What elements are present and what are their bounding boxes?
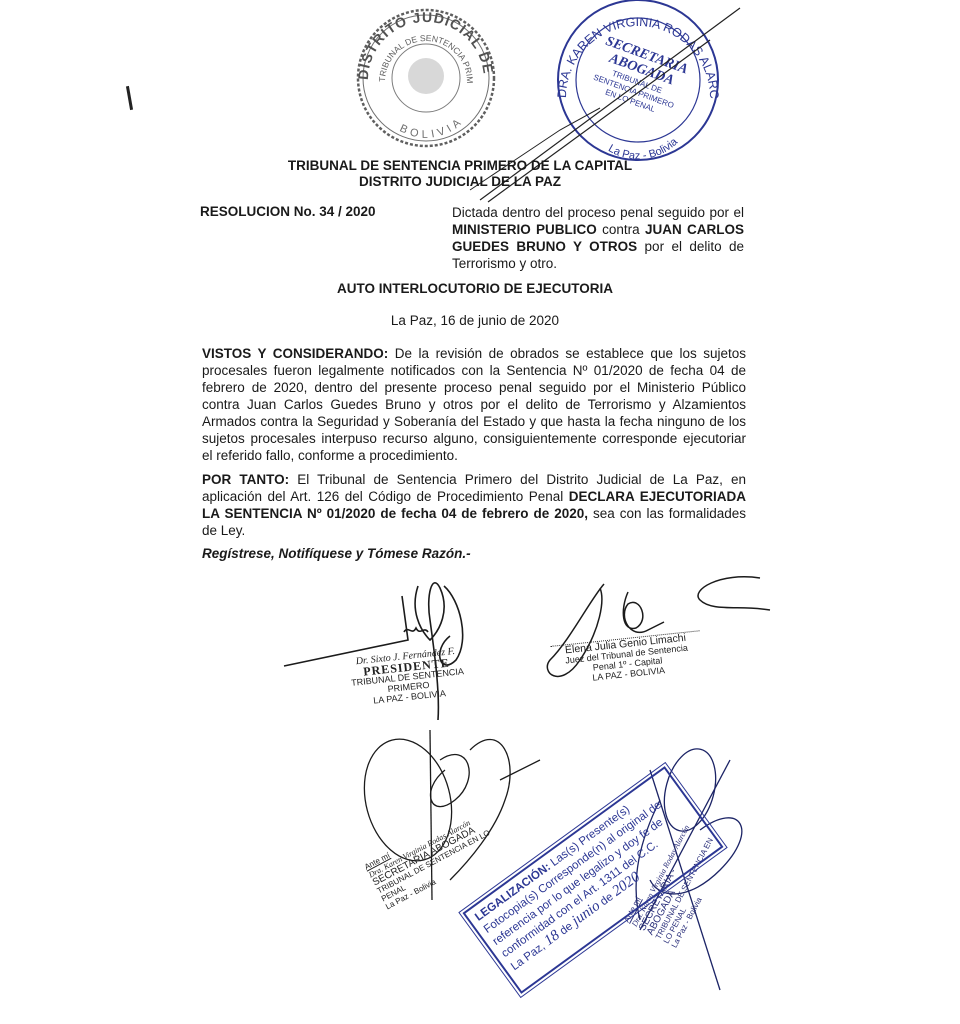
desc-text: Dictada dentro del proceso penal seguido… <box>452 205 744 220</box>
resolution-description: Dictada dentro del proceso penal seguido… <box>452 204 744 272</box>
vistos-text: De la revisión de obrados se establece q… <box>202 346 746 463</box>
svg-text:TRIBUNAL DE SENTENCIA PRIMERO: TRIBUNAL DE SENTENCIA PRIMERO <box>0 0 475 84</box>
svg-text:ABOGADA: ABOGADA <box>606 51 676 89</box>
document-date: La Paz, 16 de junio de 2020 <box>200 313 750 328</box>
svg-text:DISTRITO JUDICIAL DE LA PAZ: DISTRITO JUDICIAL DE LA PAZ <box>0 0 497 80</box>
document-title: AUTO INTERLOCUTORIO DE EJECUTORIA <box>200 281 750 296</box>
svg-text:TRIBUNAL DE: TRIBUNAL DE <box>611 69 664 95</box>
resolution-number: RESOLUCION No. 34 / 2020 <box>200 204 376 219</box>
document-page: DISTRITO JUDICIAL DE LA PAZ TRIBUNAL DE … <box>0 0 960 1024</box>
svg-text:BOLIVIA: BOLIVIA <box>398 115 467 141</box>
judge-signature-block: Elena Julia Genio Limachi Juez del Tribu… <box>550 630 703 686</box>
vistos-label: VISTOS Y CONSIDERANDO: <box>202 346 388 361</box>
portanto-paragraph: POR TANTO: El Tribunal de Sentencia Prim… <box>202 471 746 539</box>
court-seal: DISTRITO JUDICIAL DE LA PAZ TRIBUNAL DE … <box>0 0 497 146</box>
president-signature-block: Dr. Sixto J. Fernández F. PRESIDENTE TRI… <box>338 645 477 709</box>
portanto-label: POR TANTO: <box>202 472 289 487</box>
secretary-left-signature-block: Ante mí Dra. Karen Virginia Rodas Alarcó… <box>363 803 503 912</box>
desc-party: MINISTERIO PUBLICO <box>452 222 597 237</box>
desc-text: contra <box>597 222 645 237</box>
svg-text:EN LO PENAL: EN LO PENAL <box>604 88 657 115</box>
court-heading: TRIBUNAL DE SENTENCIA PRIMERO DE LA CAPI… <box>60 158 860 173</box>
scan-mark <box>126 86 133 110</box>
svg-text:DRA. KAREN VIRGINIA RODAS ALAR: DRA. KAREN VIRGINIA RODAS ALARCON <box>0 0 721 99</box>
svg-text:SECRETARIA: SECRETARIA <box>604 34 690 78</box>
svg-text:SENTENCIA PRIMERO: SENTENCIA PRIMERO <box>592 73 675 110</box>
vistos-paragraph: VISTOS Y CONSIDERANDO: De la revisión de… <box>202 345 746 464</box>
district-heading: DISTRITO JUDICIAL DE LA PAZ <box>60 174 860 189</box>
closing-formula: Regístrese, Notifíquese y Tómese Razón.- <box>202 546 471 561</box>
